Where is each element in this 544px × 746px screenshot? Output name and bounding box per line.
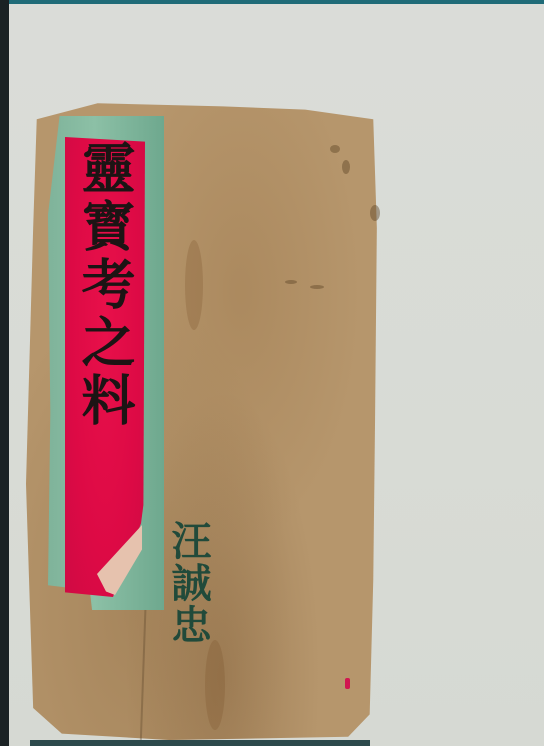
- stain: [342, 160, 350, 174]
- scanner-left-edge: [0, 0, 9, 746]
- red-ink-mark: [345, 678, 350, 689]
- stain: [285, 280, 297, 284]
- stain: [330, 145, 340, 153]
- stain: [185, 240, 203, 330]
- stain: [310, 285, 324, 289]
- stain: [205, 640, 225, 730]
- book-bottom-shadow: [30, 740, 370, 746]
- stain: [370, 205, 380, 221]
- author-calligraphy: 汪誠忠: [163, 520, 213, 646]
- title-calligraphy: 靈寳考之料: [70, 140, 140, 430]
